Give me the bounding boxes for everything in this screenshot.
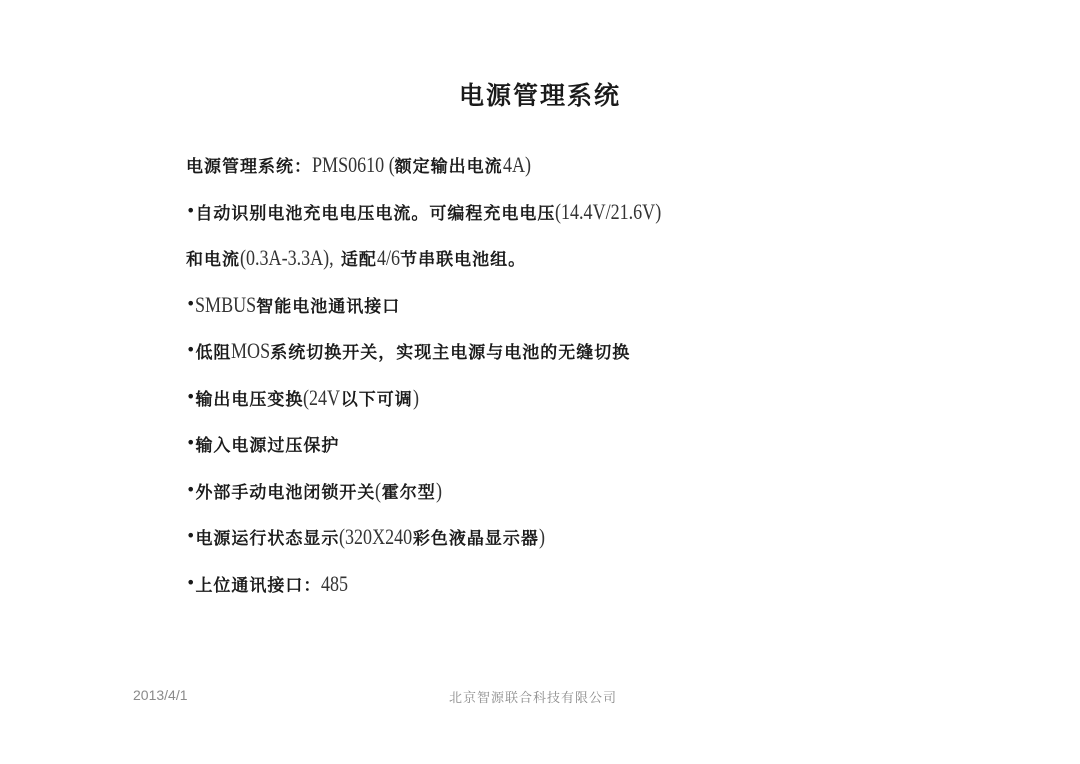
line-text: 智能电池通讯接口 bbox=[256, 297, 400, 317]
line-text: 电源管理系统： bbox=[186, 157, 312, 177]
line-text: 485 bbox=[321, 568, 348, 600]
line-text: 系统切换开关，实现主电源与电池的无缝切换 bbox=[270, 343, 630, 363]
line-text: SMBUS bbox=[195, 289, 256, 321]
line-text: 上位通讯接口： bbox=[195, 576, 321, 596]
line-text: 霍尔型 bbox=[382, 483, 436, 503]
line-text: 以下可调 bbox=[341, 390, 413, 410]
content-line: •输出电压变换 (24V以下可调) bbox=[186, 381, 946, 428]
content-line: •低阻MOS系统切换开关，实现主电源与电池的无缝切换 bbox=[186, 334, 946, 381]
content-line: •SMBUS智能电池通讯接口 bbox=[186, 288, 946, 335]
content-line: 电源管理系统：PMS0610 (额定输出电流4A) bbox=[186, 148, 946, 195]
footer-company: 北京智源联合科技有限公司 bbox=[449, 687, 617, 706]
line-text: 和电流 bbox=[186, 250, 240, 270]
slide-content: 电源管理系统：PMS0610 (额定输出电流4A)•自动识别电池充电电压电流。可… bbox=[186, 148, 946, 613]
line-text: PMS0610 ( bbox=[312, 149, 395, 181]
content-line: •电源运行状态显示 (320X240彩色液晶显示器) bbox=[186, 520, 946, 567]
line-text: 输入电源过压保护 bbox=[195, 436, 339, 456]
line-text: 输出电压变换 bbox=[195, 390, 303, 410]
line-text: 外部手动电池闭锁开关 bbox=[195, 483, 375, 503]
line-text: ) bbox=[436, 475, 442, 507]
content-line: •外部手动电池闭锁开关 (霍尔型) bbox=[186, 474, 946, 521]
line-text: (320X240 bbox=[339, 521, 412, 553]
slide-title: 电源管理系统 bbox=[0, 76, 1080, 112]
line-text: (24V bbox=[303, 382, 340, 414]
content-line: •自动识别电池充电电压电流。可编程充电电压 (14.4V/21.6V) bbox=[186, 195, 946, 242]
content-line: •上位通讯接口：485 bbox=[186, 567, 946, 614]
line-text: 额定输出电流 bbox=[395, 157, 503, 177]
line-text: 适配 bbox=[334, 250, 377, 270]
line-text: ) bbox=[413, 382, 419, 414]
line-text: 彩色液晶显示器 bbox=[413, 529, 539, 549]
line-text: 4A) bbox=[503, 149, 531, 181]
footer-date: 2013/4/1 bbox=[133, 687, 188, 703]
line-text: MOS bbox=[231, 335, 270, 367]
line-text: 节串联电池组。 bbox=[400, 250, 526, 270]
line-text: 自动识别电池充电电压电流。可编程充电电压 bbox=[195, 204, 555, 224]
content-line: •输入电源过压保护 bbox=[186, 427, 946, 474]
line-text: (0.3A-3.3A), bbox=[240, 242, 334, 274]
line-text: (14.4V/21.6V) bbox=[555, 196, 661, 228]
line-text: 低阻 bbox=[195, 343, 231, 363]
slide: 电源管理系统 电源管理系统：PMS0610 (额定输出电流4A)•自动识别电池充… bbox=[0, 0, 1080, 764]
content-line: 和电流 (0.3A-3.3A), 适配4/6节串联电池组。 bbox=[186, 241, 946, 288]
line-text: 4/6 bbox=[377, 242, 400, 274]
line-text: 电源运行状态显示 bbox=[195, 529, 339, 549]
line-text: ) bbox=[539, 521, 545, 553]
line-text: ( bbox=[375, 475, 381, 507]
